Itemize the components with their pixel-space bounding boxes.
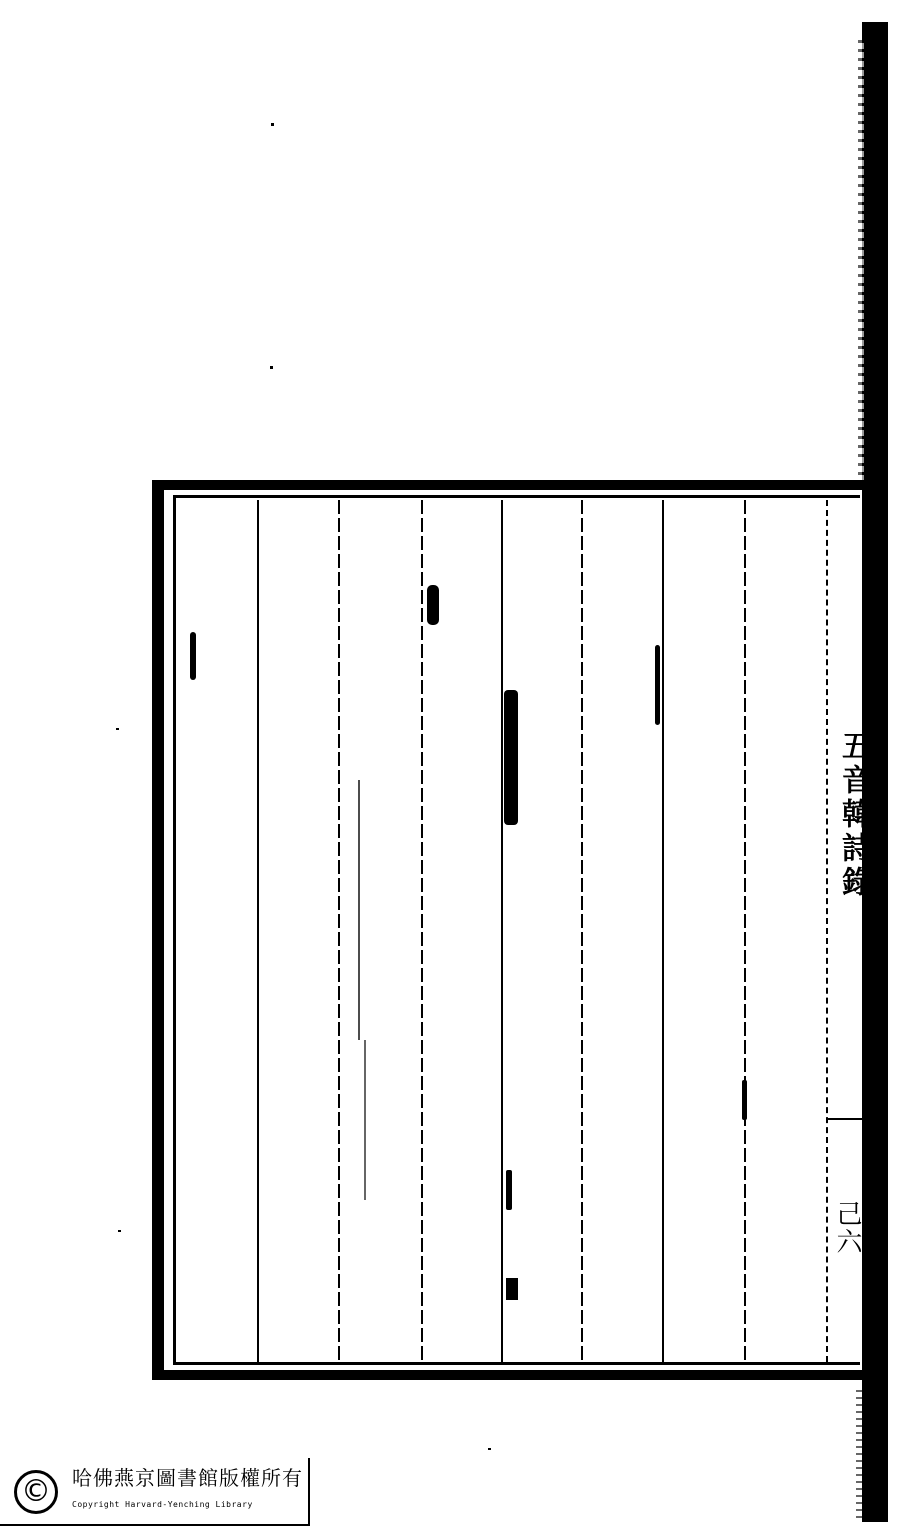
fold-divider (828, 1118, 872, 1120)
spine-scan-noise-lower (856, 1390, 862, 1520)
spine-scan-noise (858, 40, 864, 480)
faint-stroke (364, 1040, 366, 1200)
dust-speck (118, 1230, 121, 1232)
column-rule (501, 500, 503, 1362)
inner-border-frame (173, 495, 860, 1365)
dust-speck (271, 123, 274, 126)
ink-stain (190, 632, 196, 680)
ink-stain (655, 645, 660, 725)
column-rule (581, 500, 583, 1362)
ink-stain (427, 585, 439, 625)
ink-stain (742, 1080, 747, 1120)
column-rule (338, 500, 340, 1362)
ink-stain (504, 690, 518, 825)
column-rule (257, 500, 259, 1362)
faint-stroke (358, 780, 360, 1040)
book-title-label: 五音韓詩錄 (836, 730, 870, 900)
copyright-icon: © (14, 1470, 58, 1514)
dust-speck (116, 728, 119, 730)
ink-stain (506, 1278, 518, 1300)
dust-speck (488, 1448, 491, 1450)
page-marker-label: 己六 (830, 1200, 862, 1256)
column-rule (744, 500, 746, 1362)
ink-stain (506, 1170, 512, 1210)
column-rule (421, 500, 423, 1362)
copyright-stamp: © 哈佛燕京圖書館版權所有 Copyright Harvard-Yenching… (0, 1458, 310, 1526)
copyright-english-text: Copyright Harvard-Yenching Library (72, 1500, 253, 1510)
copyright-chinese-text: 哈佛燕京圖書館版權所有 (72, 1466, 303, 1490)
dust-speck (270, 366, 273, 369)
scanned-page: 五音韓詩錄 己六 © 哈佛燕京圖書館版權所有 Copyright Harvard… (0, 0, 900, 1530)
column-rule (662, 500, 664, 1362)
